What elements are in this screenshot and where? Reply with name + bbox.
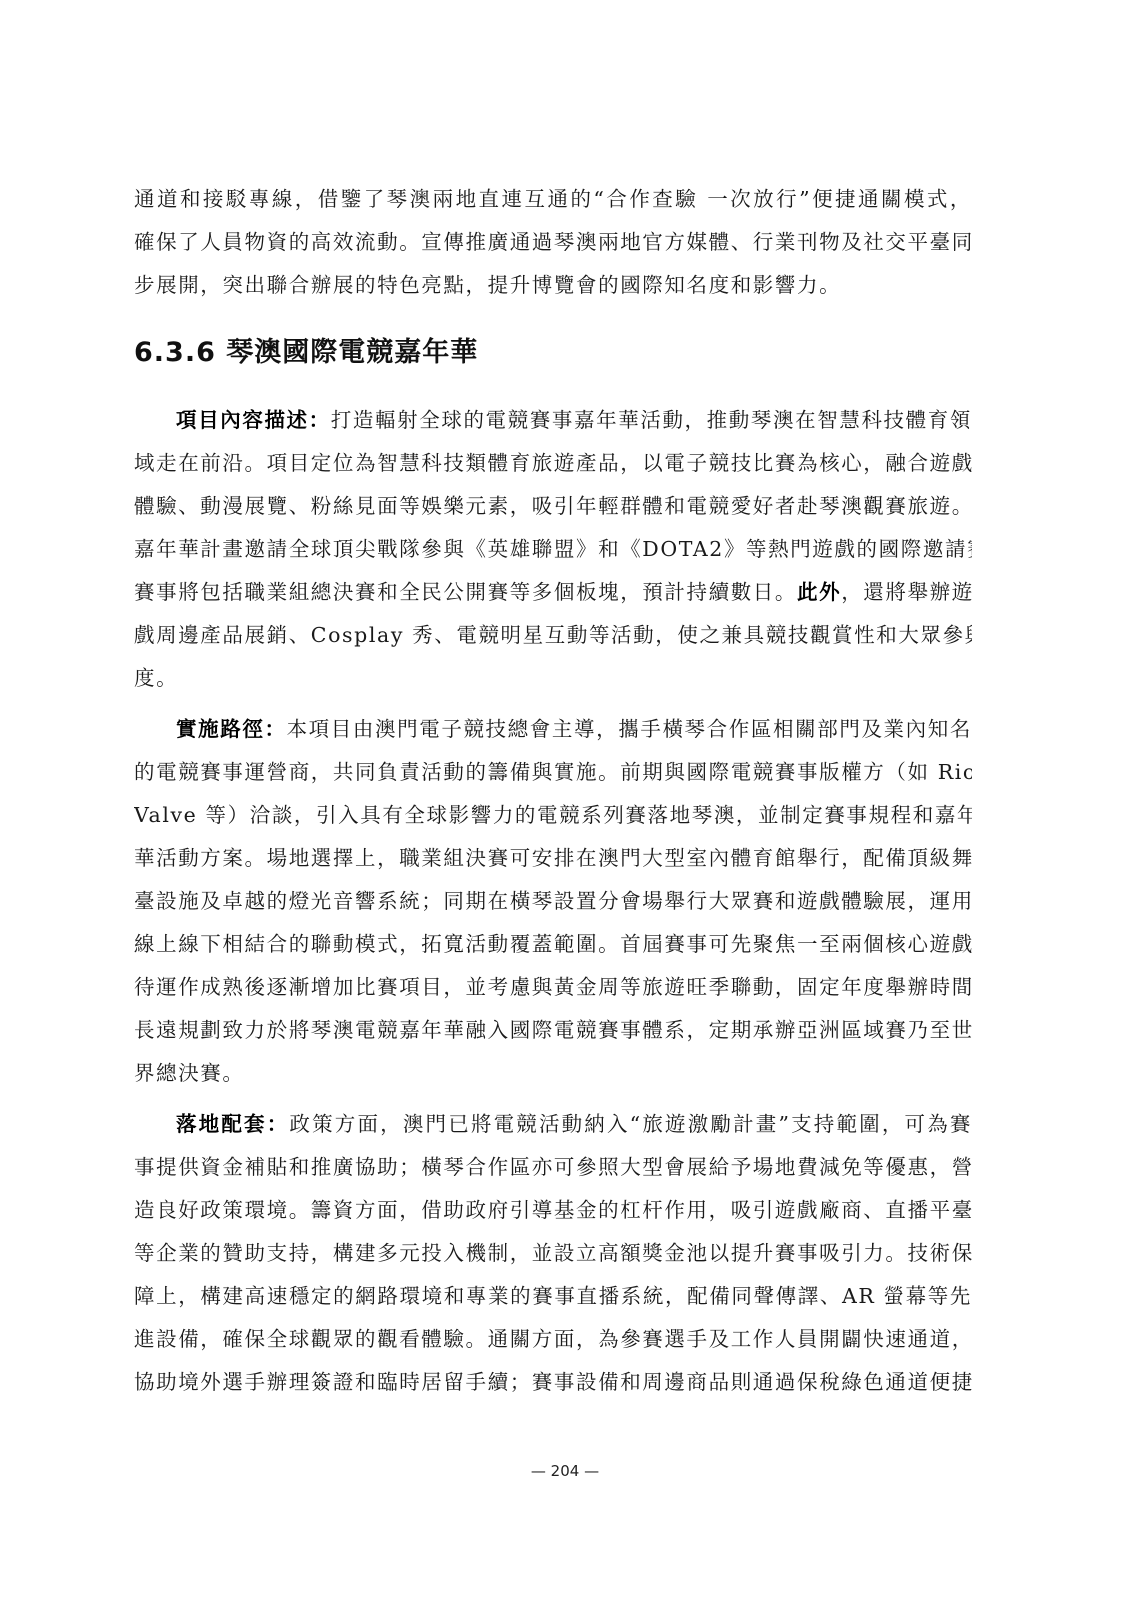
bold-emphasis: 此外 (797, 580, 841, 604)
text-line: 體驗、動漫展覽、粉絲見面等娛樂元素，吸引年輕群體和電競愛好者赴琴澳觀賽旅遊。 (134, 485, 972, 528)
text-line: 實施路徑：本項目由澳門電子競技總會主導，攜手橫琴合作區相關部門及業內知名 (134, 708, 972, 751)
paragraph-support-measures: 落地配套：政策方面，澳門已將電競活動納入“旅遊激勵計畫”支持範圍，可為賽 事提供… (134, 1103, 972, 1404)
text-line: 事提供資金補貼和推廣協助；橫琴合作區亦可參照大型會展給予場地費減免等優惠，營 (134, 1146, 972, 1189)
text-span: 政策方面，澳門已將電競活動納入“旅遊激勵計畫”支持範圍，可為賽 (289, 1112, 972, 1136)
text-line: 臺設施及卓越的燈光音響系統；同期在橫琴設置分會場舉行大眾賽和遊戲體驗展，運用 (134, 880, 972, 923)
text-line: 華活動方案。場地選擇上，職業組決賽可安排在澳門大型室內體育館舉行，配備頂級舞 (134, 837, 972, 880)
paragraph-lead-label: 實施路徑： (176, 717, 287, 741)
text-line: 線上線下相結合的聯動模式，拓寬活動覆蓋範圍。首屆賽事可先聚焦一至兩個核心遊戲， (134, 923, 972, 966)
text-line: 確保了人員物資的高效流動。宣傳推廣通過琴澳兩地官方媒體、行業刊物及社交平臺同 (134, 221, 972, 264)
paragraph-lead-label: 項目內容描述： (176, 408, 331, 432)
text-line: 步展開，突出聯合辦展的特色亮點，提升博覽會的國際知名度和影響力。 (134, 264, 972, 307)
text-line: 度。 (134, 657, 972, 700)
page-number: — 204 — (0, 1462, 1130, 1480)
text-line: 的電競賽事運營商，共同負責活動的籌備與實施。前期與國際電競賽事版權方（如 Rio… (134, 751, 972, 794)
text-line: 嘉年華計畫邀請全球頂尖戰隊參與《英雄聯盟》和《DOTA2》等熱門遊戲的國際邀請賽… (134, 528, 972, 571)
text-line: 賽事將包括職業組總決賽和全民公開賽等多個板塊，預計持續數日。此外，還將舉辦遊 (134, 571, 972, 614)
text-line: 項目內容描述：打造輻射全球的電競賽事嘉年華活動，推動琴澳在智慧科技體育領 (134, 399, 972, 442)
text-span: 打造輻射全球的電競賽事嘉年華活動，推動琴澳在智慧科技體育領 (331, 408, 972, 432)
text-line: 域走在前沿。項目定位為智慧科技類體育旅遊產品，以電子競技比賽為核心，融合遊戲 (134, 442, 972, 485)
text-span: ，還將舉辦遊 (841, 580, 972, 604)
paragraph-lead-label: 落地配套： (176, 1112, 289, 1136)
intro-paragraph: 通道和接駁專線，借鑒了琴澳兩地直連互通的“合作查驗 一次放行”便捷通關模式， 確… (134, 178, 972, 307)
text-line: 界總決賽。 (134, 1052, 972, 1095)
text-line: 落地配套：政策方面，澳門已將電競活動納入“旅遊激勵計畫”支持範圍，可為賽 (134, 1103, 972, 1146)
text-line: 等企業的贊助支持，構建多元投入機制，並設立高額獎金池以提升賽事吸引力。技術保 (134, 1232, 972, 1275)
paragraph-implementation-path: 實施路徑：本項目由澳門電子競技總會主導，攜手橫琴合作區相關部門及業內知名 的電競… (134, 708, 972, 1095)
text-span: 本項目由澳門電子競技總會主導，攜手橫琴合作區相關部門及業內知名 (287, 717, 972, 741)
text-line: 通道和接駁專線，借鑒了琴澳兩地直連互通的“合作查驗 一次放行”便捷通關模式， (134, 178, 972, 221)
text-line: 進設備，確保全球觀眾的觀看體驗。通關方面，為參賽選手及工作人員開闢快速通道， (134, 1318, 972, 1361)
text-line: 長遠規劃致力於將琴澳電競嘉年華融入國際電競賽事體系，定期承辦亞洲區域賽乃至世 (134, 1009, 972, 1052)
document-page: 通道和接駁專線，借鑒了琴澳兩地直連互通的“合作查驗 一次放行”便捷通關模式， 確… (134, 178, 972, 1412)
text-line: 戲周邊產品展銷、Cosplay 秀、電競明星互動等活動，使之兼具競技觀賞性和大眾… (134, 614, 972, 657)
paragraph-project-description: 項目內容描述：打造輻射全球的電競賽事嘉年華活動，推動琴澳在智慧科技體育領 域走在… (134, 399, 972, 700)
text-line: 障上，構建高速穩定的網路環境和專業的賽事直播系統，配備同聲傳譯、AR 螢幕等先 (134, 1275, 972, 1318)
text-line: 協助境外選手辦理簽證和臨時居留手續；賽事設備和周邊商品則通過保稅綠色通道便捷 (134, 1361, 972, 1404)
text-line: 待運作成熟後逐漸增加比賽項目，並考慮與黃金周等旅遊旺季聯動，固定年度舉辦時間。 (134, 966, 972, 1009)
text-line: Valve 等）洽談，引入具有全球影響力的電競系列賽落地琴澳，並制定賽事規程和嘉… (134, 794, 972, 837)
text-line: 造良好政策環境。籌資方面，借助政府引導基金的杠杆作用，吸引遊戲廠商、直播平臺 (134, 1189, 972, 1232)
section-heading: 6.3.6 琴澳國際電競嘉年華 (134, 333, 972, 373)
text-span: 賽事將包括職業組總決賽和全民公開賽等多個板塊，預計持續數日。 (134, 580, 797, 604)
